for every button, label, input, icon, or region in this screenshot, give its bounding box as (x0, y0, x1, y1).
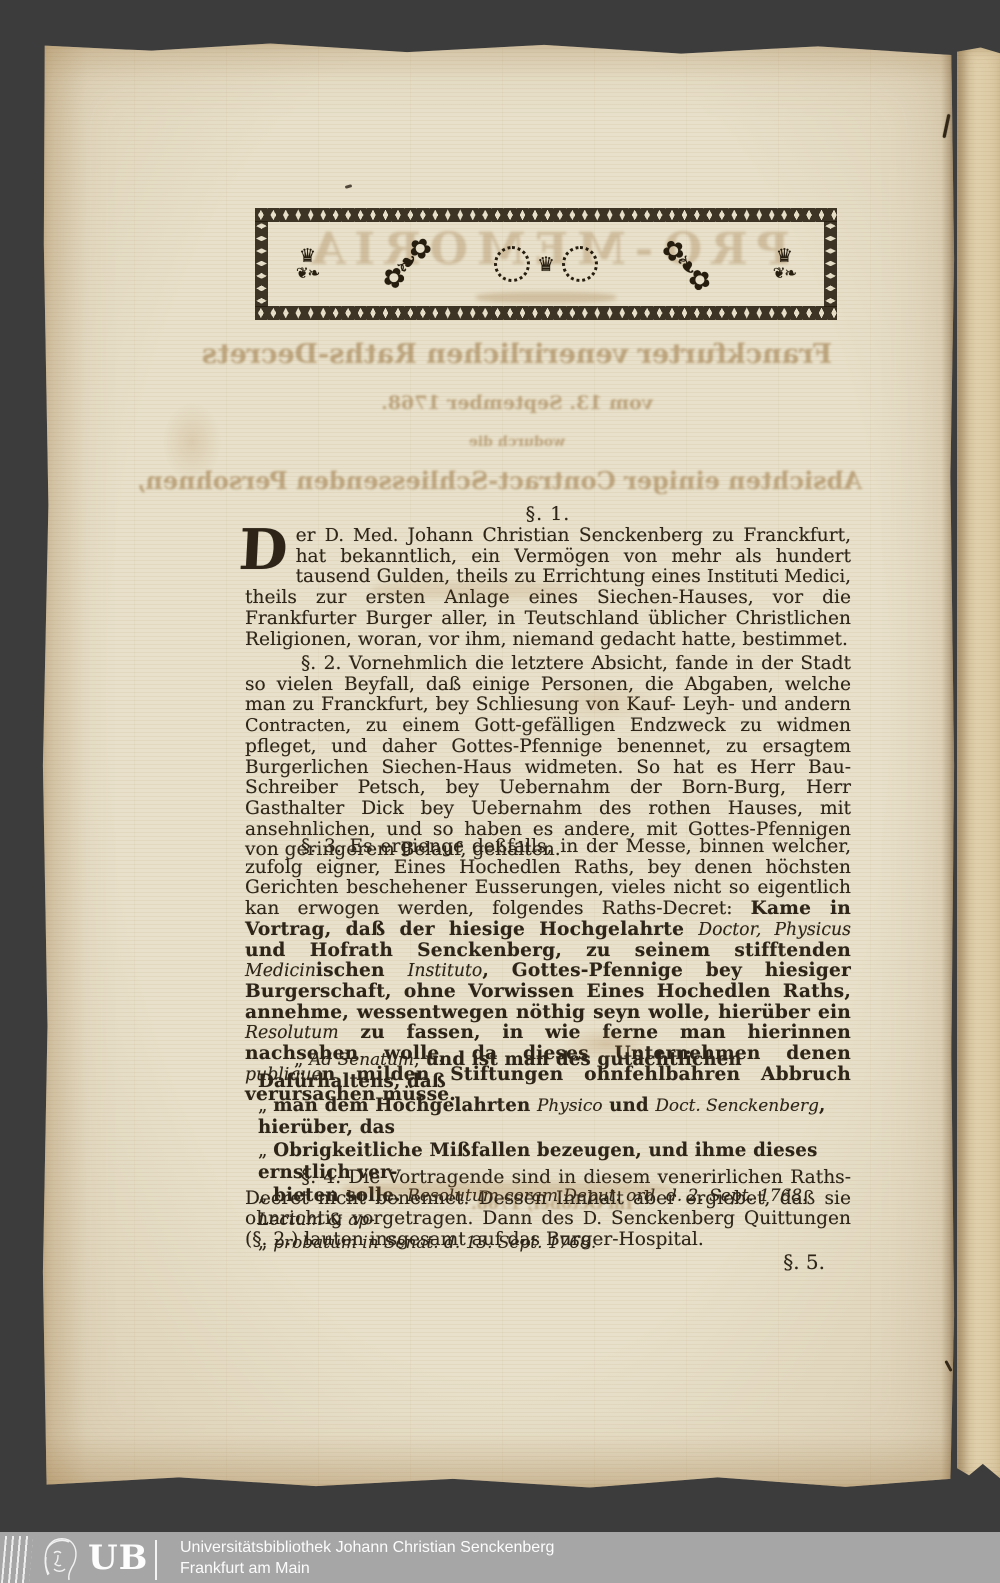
dropcap-initial: D (238, 529, 289, 571)
crown-icon: ♛ (537, 252, 555, 276)
wreath-icon (562, 246, 598, 282)
braid-border-top (255, 208, 837, 222)
library-caption: Universitätsbibliothek Johann Christian … (180, 1537, 554, 1579)
floral-branch-icon: ✿❧✿ (377, 233, 436, 295)
crown-flourish-icon: ♛ ❦❧ (773, 247, 796, 281)
braid-border-bottom (255, 306, 837, 320)
next-page-edge (957, 46, 1000, 1484)
bleedthrough-line: wodurch die (172, 434, 862, 450)
floral-branch-icon: ✿❧✿ (656, 233, 715, 295)
bleedthrough-line: Franckfurter venerirlichen Raths-Decrets (172, 339, 862, 370)
handwritten-mark (944, 1360, 952, 1372)
document-page: PRO-MEMORIA ♛ ❦❧ ✿❧✿ ♛ ✿❧✿ ♛ ❦❧ (42, 42, 955, 1489)
paragraph-1: Der D. Med. Johann Christian Senckenberg… (245, 526, 851, 650)
scrollwork-icon: ❦❧ (296, 266, 319, 281)
bleedthrough-line: vom 13. September 1768. (172, 392, 862, 414)
banner-ornaments: ♛ ❦❧ ✿❧✿ ♛ ✿❧✿ ♛ ❦❧ (268, 222, 824, 306)
ornamental-banner: PRO-MEMORIA ♛ ❦❧ ✿❧✿ ♛ ✿❧✿ ♛ ❦❧ (255, 208, 837, 320)
library-name: Universitätsbibliothek Johann Christian … (180, 1537, 554, 1558)
paragraph-4: §. 4. Die Vortragende sind in diesem ven… (245, 1168, 851, 1251)
scan-viewer: PRO-MEMORIA ♛ ❦❧ ✿❧✿ ♛ ✿❧✿ ♛ ❦❧ (0, 0, 1000, 1583)
bleedthrough-line: Absichten einiger Contract-Schliessenden… (172, 466, 862, 495)
paragraph-1-text: er D. Med. Johann Christian Senckenberg … (245, 525, 851, 650)
goethe-portrait-icon (34, 1535, 86, 1583)
scrollwork-icon: ❦❧ (773, 266, 796, 281)
book-pages-icon (1, 1536, 33, 1583)
paragraph-2: §. 2. Vornehmlich die letztere Absicht, … (245, 654, 851, 861)
library-footer-bar: UB Universitätsbibliothek Johann Christi… (0, 1532, 1000, 1583)
crown-flourish-icon: ♛ ❦❧ (296, 247, 319, 281)
section-heading-1: §. 1. (245, 503, 851, 525)
ink-speck (345, 184, 353, 189)
logo-separator (155, 1540, 157, 1580)
wreath-crown-icon: ♛ (494, 246, 598, 282)
handwritten-foliation-mark (943, 114, 951, 138)
wreath-icon (494, 246, 530, 282)
ub-logo: UB (88, 1538, 148, 1578)
catchword-next-section: §. 5. (245, 1250, 851, 1274)
library-city: Frankfurt am Main (180, 1558, 554, 1579)
